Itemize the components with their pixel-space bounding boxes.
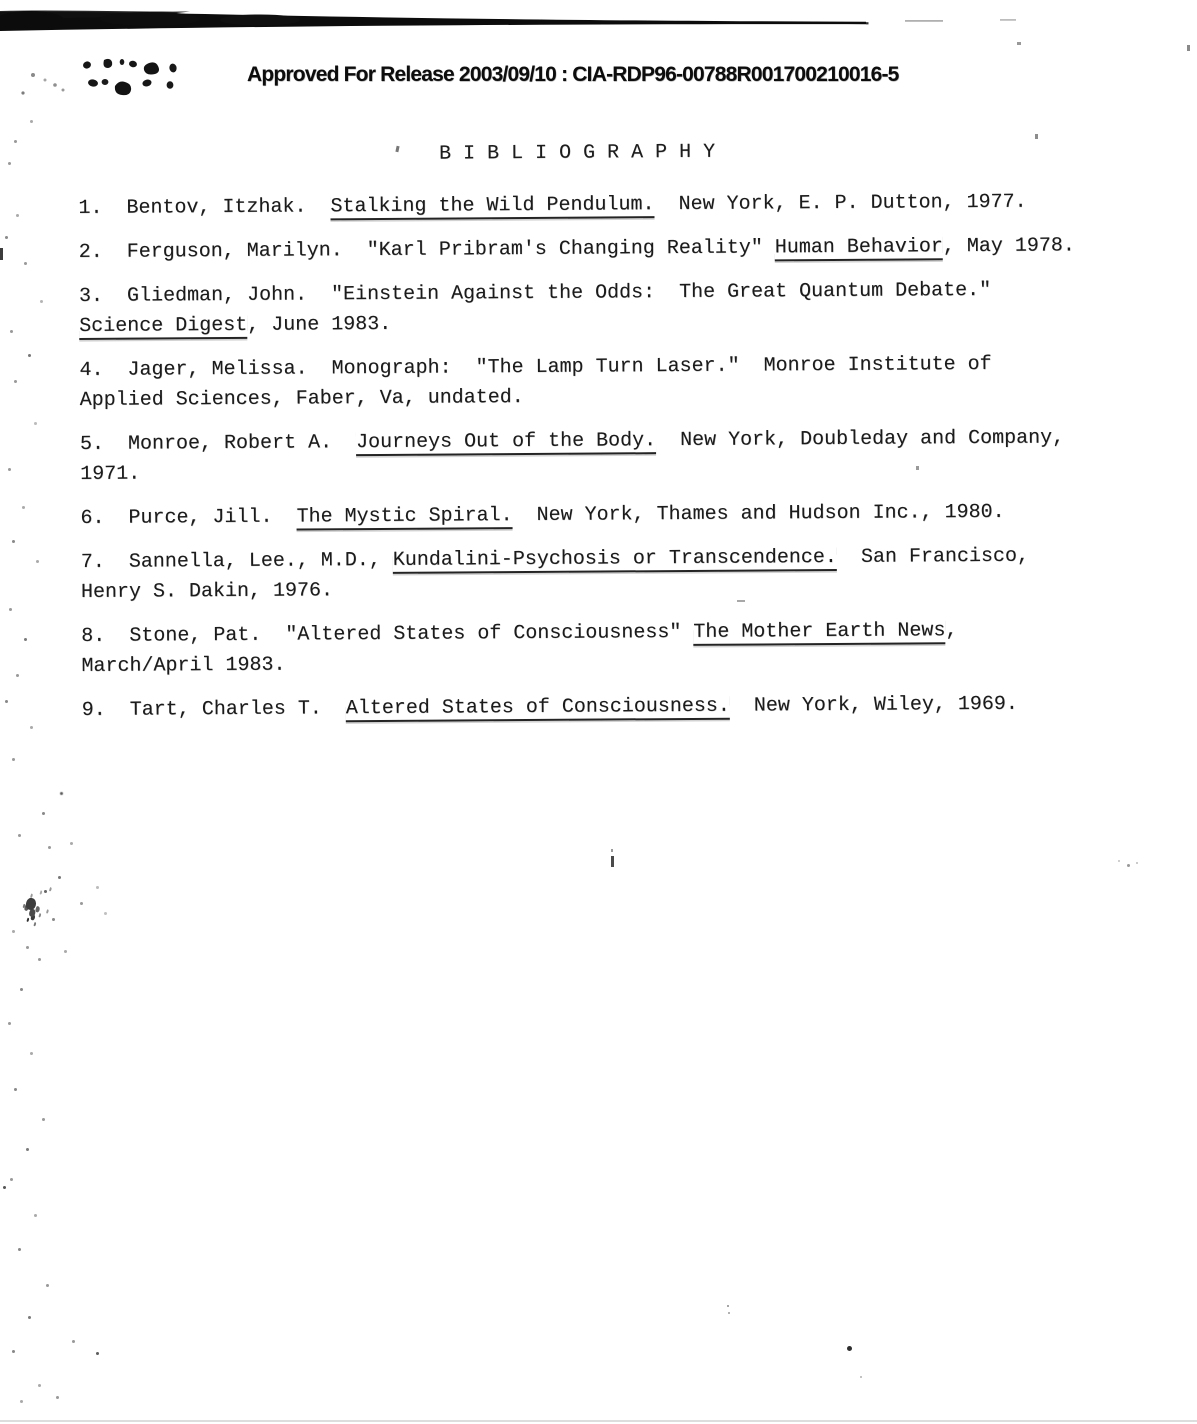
- dot-artifact: [728, 1312, 730, 1314]
- bibliography-entry: 5. Monroe, Robert A. Journeys Out of the…: [80, 423, 1094, 490]
- dot-artifact: [1127, 864, 1130, 867]
- entry-text: 3. Gliedman, John. "Einstein Against the…: [79, 279, 991, 308]
- tick-artifact: [1187, 45, 1190, 51]
- entry-text: 1. Bentov, Itzhak.: [78, 195, 330, 220]
- underlined-title: Altered States of Consciousness.: [346, 695, 730, 723]
- scanned-page: Approved For Release 2003/09/10 : CIA-RD…: [0, 0, 1197, 1424]
- declassification-header: Approved For Release 2003/09/10 : CIA-RD…: [247, 63, 899, 87]
- underlined-title: Kundalini-Psychosis or Transcendence.: [393, 546, 837, 574]
- dot-artifact: [1136, 862, 1138, 864]
- underlined-title: The Mother Earth News: [693, 619, 945, 646]
- underlined-title: Stalking the Wild Pendulum.: [330, 193, 654, 220]
- bibliography-entry: 6. Purce, Jill. The Mystic Spiral. New Y…: [80, 497, 1094, 534]
- entry-text: 7. Sannella, Lee., M.D.,: [81, 549, 393, 574]
- entry-text: New York, Thames and Hudson Inc., 1980.: [513, 501, 1005, 527]
- entry-text: , June 1983.: [247, 313, 391, 337]
- entry-text: 2. Ferguson, Marilyn. "Karl Pribram's Ch…: [79, 236, 775, 264]
- dot-artifact: [1118, 860, 1120, 862]
- bibliography-entry: 9. Tart, Charles T. Altered States of Co…: [82, 689, 1096, 726]
- tick-artifact: [1017, 42, 1021, 45]
- entry-text: 5. Monroe, Robert A.: [80, 431, 356, 456]
- entries: 1. Bentov, Itzhak. Stalking the Wild Pen…: [78, 187, 1096, 726]
- underlined-title: Journeys Out of the Body.: [356, 429, 656, 456]
- edge-mark-artifact: [0, 248, 3, 260]
- bibliography-entry: 8. Stone, Pat. "Altered States of Consci…: [81, 615, 1095, 682]
- bibliography-entry: 2. Ferguson, Marilyn. "Karl Pribram's Ch…: [79, 231, 1093, 268]
- entry-text: 6. Purce, Jill.: [80, 506, 296, 530]
- underlined-title: The Mystic Spiral.: [296, 504, 512, 530]
- scan-band-artifact: [0, 8, 1197, 40]
- bibliography-entry: 3. Gliedman, John. "Einstein Against the…: [79, 275, 1093, 342]
- entry-text: 9. Tart, Charles T.: [82, 697, 346, 722]
- document-body: B I B L I O G R A P H Y 1. Bentov, Itzha…: [78, 135, 1096, 740]
- entry-text: , May 1978.: [943, 234, 1075, 258]
- bibliography-entry: 1. Bentov, Itzhak. Stalking the Wild Pen…: [78, 187, 1092, 224]
- entry-text: 4. Jager, Melissa. Monograph: "The Lamp …: [79, 353, 991, 412]
- scan-noise-speckles: [0, 0, 3, 3]
- stray-bar-artifact: [611, 856, 614, 867]
- scan-edge-artifact: [0, 1420, 1197, 1422]
- ink-smudge-artifact: [14, 50, 234, 105]
- stray-dot-artifact: [611, 849, 613, 852]
- underlined-title: Human Behavior: [775, 235, 943, 261]
- bibliography-entry: 4. Jager, Melissa. Monograph: "The Lamp …: [79, 349, 1093, 416]
- underlined-title: Science Digest: [79, 314, 247, 340]
- ink-blob-artifact: [24, 897, 37, 912]
- entry-text: New York, E. P. Dutton, 1977.: [654, 191, 1026, 216]
- dot-artifact: [860, 1376, 862, 1378]
- dot-artifact: [727, 1305, 729, 1307]
- bibliography-entry: 7. Sannella, Lee., M.D., Kundalini-Psych…: [81, 541, 1095, 608]
- bibliography-title: B I B L I O G R A P H Y: [78, 135, 1092, 172]
- entry-text: New York, Wiley, 1969.: [730, 693, 1018, 718]
- dot-artifact: [847, 1346, 852, 1351]
- entry-text: 8. Stone, Pat. "Altered States of Consci…: [81, 621, 693, 648]
